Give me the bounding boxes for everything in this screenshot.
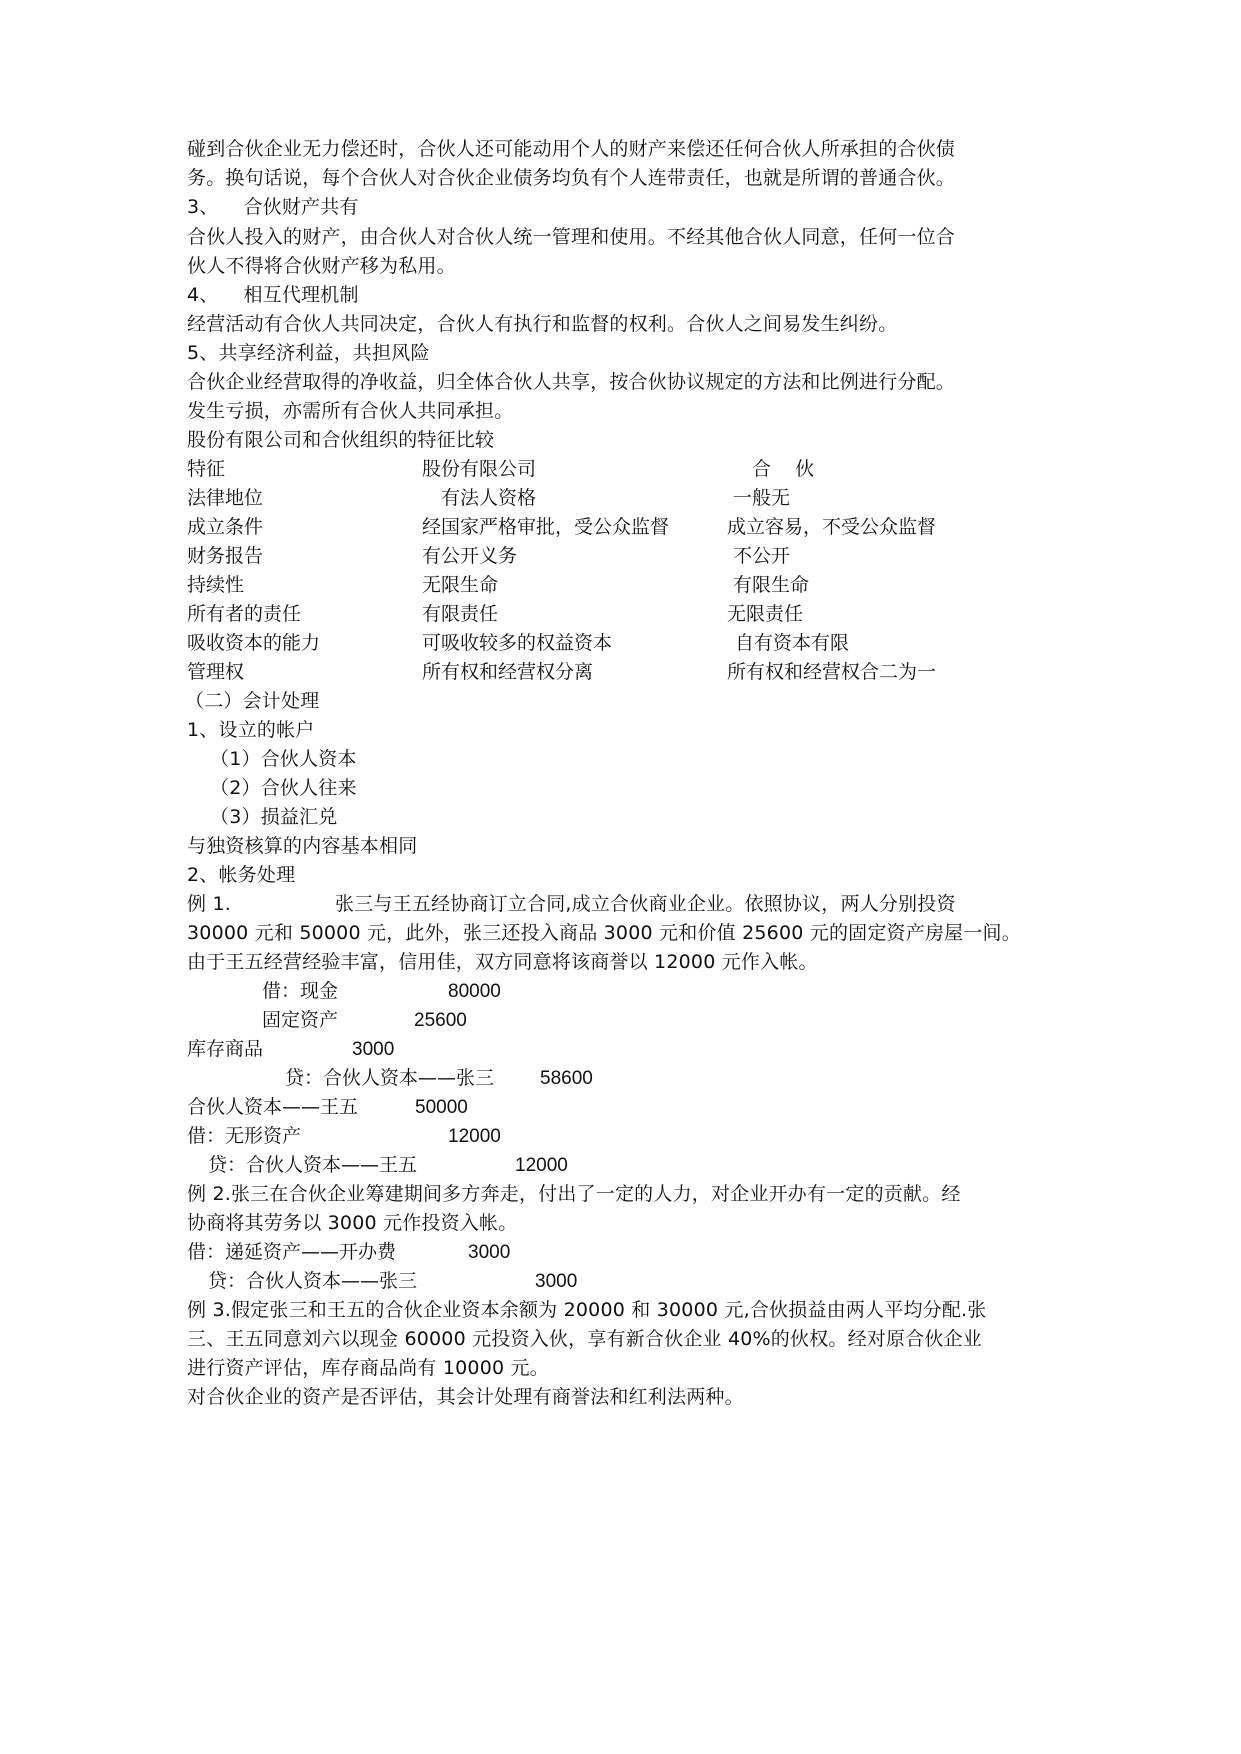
- example-label: 例 1.: [187, 890, 231, 919]
- paragraph-line: 碰到合伙企业无力偿还时，合伙人还可能动用个人的财产来偿还任何合伙人所承担的合伙债: [187, 135, 955, 164]
- entry-account: 贷：合伙人资本——王五: [208, 1151, 417, 1180]
- subsection-title: 2、帐务处理: [187, 861, 295, 890]
- row-corporation: 有公开义务: [422, 542, 517, 571]
- entry-account: 贷：合伙人资本——张三: [285, 1064, 494, 1093]
- row-corporation: 无限生命: [422, 571, 498, 600]
- entry-amount: 3000: [535, 1267, 577, 1296]
- paragraph-line: 合伙人投入的财产，由合伙人对合伙人统一管理和使用。不经其他合伙人同意，任何一位合: [187, 223, 955, 252]
- row-label: 持续性: [187, 571, 244, 600]
- conclusion-text: 对合伙企业的资产是否评估，其会计处理有商誉法和红利法两种。: [187, 1383, 744, 1412]
- example-text: 协商将其劳务以 3000 元作投资入帐。: [187, 1209, 517, 1238]
- paragraph-line: 合伙企业经营取得的净收益，归全体合伙人共享，按合伙协议规定的方法和比例进行分配。: [187, 368, 955, 397]
- header-partnership: 合 伙: [752, 455, 814, 484]
- row-label: 成立条件: [187, 513, 263, 542]
- entry-amount: 25600: [414, 1006, 467, 1035]
- example-text: 进行资产评估，库存商品尚有 10000 元。: [187, 1354, 549, 1383]
- paragraph-line: 伙人不得将合伙财产移为私用。: [187, 252, 456, 281]
- example-text: 由于王五经营经验丰富，信用佳，双方同意将该商誉以 12000 元作入帐。: [187, 948, 818, 977]
- example-text: 例 2.张三在合伙企业筹建期间多方奔走，付出了一定的人力，对企业开办有一定的贡献…: [187, 1180, 961, 1209]
- row-partnership: 有限生命: [733, 571, 809, 600]
- header-feature: 特征: [187, 455, 225, 484]
- section-heading-4: 4、 相互代理机制: [187, 281, 359, 310]
- entry-amount: 12000: [448, 1122, 501, 1151]
- row-partnership: 自有资本有限: [735, 629, 849, 658]
- row-partnership: 成立容易，不受公众监督: [727, 513, 936, 542]
- section-title: （二）会计处理: [185, 687, 319, 716]
- row-label: 财务报告: [187, 542, 263, 571]
- entry-account: 借：递延资产——开办费: [187, 1238, 396, 1267]
- example-text: 张三与王五经协商订立合同,成立合伙商业企业。依照协议，两人分别投资: [335, 890, 956, 919]
- entry-account: 库存商品: [187, 1035, 263, 1064]
- entry-account: 固定资产: [262, 1006, 338, 1035]
- section-heading-3: 3、 合伙财产共有: [187, 193, 359, 222]
- example-text: 30000 元和 50000 元，此外，张三还投入商品 3000 元和价值 25…: [187, 919, 1021, 948]
- example-text: 例 3.假定张三和王五的合伙企业资本余额为 20000 和 30000 元,合伙…: [187, 1296, 987, 1325]
- row-partnership: 不公开: [733, 542, 790, 571]
- row-label: 管理权: [187, 658, 244, 687]
- row-corporation: 经国家严格审批，受公众监督: [422, 513, 669, 542]
- row-label: 吸收资本的能力: [187, 629, 320, 658]
- account-item: （3）损益汇兑: [210, 803, 338, 832]
- note-text: 与独资核算的内容基本相同: [187, 832, 417, 861]
- entry-account: 借：无形资产: [187, 1122, 301, 1151]
- entry-amount: 3000: [352, 1035, 394, 1064]
- row-corporation: 可吸收较多的权益资本: [422, 629, 612, 658]
- row-corporation: 有法人资格: [441, 484, 536, 513]
- entry-account: 合伙人资本——王五: [187, 1093, 358, 1122]
- entry-amount: 12000: [515, 1151, 568, 1180]
- table-title: 股份有限公司和合伙组织的特征比较: [187, 426, 494, 455]
- entry-amount: 58600: [540, 1064, 593, 1093]
- row-corporation: 有限责任: [422, 600, 498, 629]
- entry-account: 借：现金: [262, 977, 338, 1006]
- subsection-title: 1、设立的帐户: [187, 716, 315, 745]
- section-heading-5: 5、共享经济利益，共担风险: [187, 339, 430, 368]
- entry-account: 贷：合伙人资本——张三: [208, 1267, 417, 1296]
- row-partnership: 所有权和经营权合二为一: [727, 658, 936, 687]
- account-item: （1）合伙人资本: [210, 745, 357, 774]
- document-page: 碰到合伙企业无力偿还时，合伙人还可能动用个人的财产来偿还任何合伙人所承担的合伙债…: [0, 0, 1241, 1754]
- example-text: 三、王五同意刘六以现金 60000 元投资入伙，享有新合伙企业 40%的伙权。经…: [187, 1325, 982, 1354]
- entry-amount: 3000: [468, 1238, 510, 1267]
- row-label: 法律地位: [187, 484, 263, 513]
- row-label: 所有者的责任: [187, 600, 301, 629]
- row-partnership: 一般无: [733, 484, 790, 513]
- paragraph-line: 经营活动有合伙人共同决定，合伙人有执行和监督的权利。合伙人之间易发生纠纷。: [187, 310, 897, 339]
- row-corporation: 所有权和经营权分离: [422, 658, 593, 687]
- entry-amount: 80000: [448, 977, 501, 1006]
- account-item: （2）合伙人往来: [210, 774, 357, 803]
- row-partnership: 无限责任: [727, 600, 803, 629]
- paragraph-line: 务。换句话说，每个合伙人对合伙企业债务均负有个人连带责任，也就是所谓的普通合伙。: [187, 164, 955, 193]
- header-corporation: 股份有限公司: [422, 455, 536, 484]
- paragraph-line: 发生亏损，亦需所有合伙人共同承担。: [187, 397, 513, 426]
- entry-amount: 50000: [415, 1093, 468, 1122]
